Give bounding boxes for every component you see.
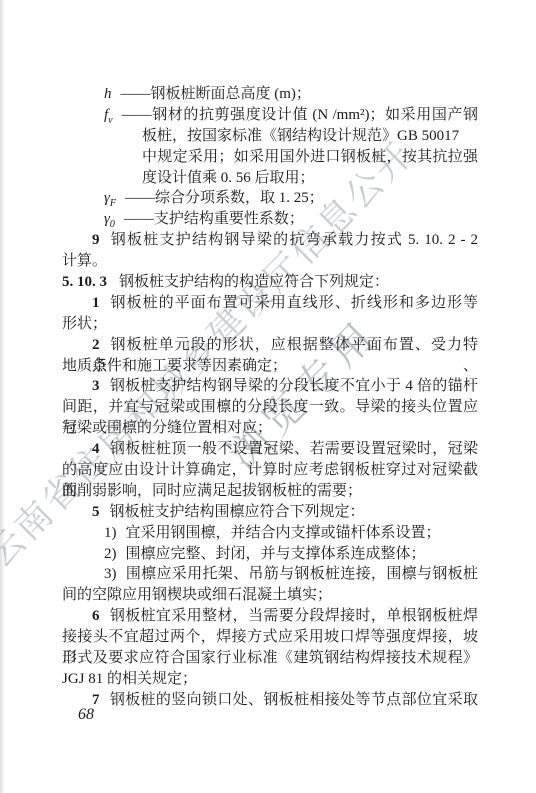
symbol-gamma-f: γF	[104, 190, 125, 206]
symbol-def-fv-cont-1: 板桩，按国家标准《钢结构设计规范》GB 50017	[62, 126, 478, 147]
subitem-2-number: 2)	[104, 546, 126, 562]
symbol-def-gamma-f-text: ——综合分项系数，取 1. 25；	[125, 190, 324, 206]
symbol-def-fv-text: ——钢材的抗剪强度设计值 (N /mm²)；如采用国产钢	[122, 107, 478, 123]
subitem-1-number: 1)	[104, 525, 126, 541]
item-4-text: 钢板桩桩顶一般不设置冠梁、若需要设置冠梁时，冠梁	[110, 441, 479, 457]
symbol-def-gamma-0: γ0——支护结构重要性系数；	[62, 209, 478, 230]
document-page: 云南省住房和城乡建设厅信息公开 浏览专用 h——钢板桩断面总高度 (m)； fv…	[0, 0, 536, 793]
item-6-line-2: 接接头不宜超过两个，焊接方式应采用坡口焊等强度焊接，坡口	[62, 627, 478, 648]
item-9-line-2: 计算。	[62, 251, 478, 272]
symbol-gamma-0: γ0	[104, 211, 124, 227]
symbol-h: h	[104, 86, 121, 102]
item-6-line-4: JGJ 81 的相关规定；	[62, 669, 478, 690]
item-4-line-2: 的高度应由设计计算确定，计算时应考虑钢板桩穿过对冠梁截面	[62, 460, 478, 481]
subitem-1-line-1: 1)宜采用钢围檩，并结合内支撑或锚杆体系设置；	[62, 523, 478, 544]
item-4-line-3: 的削弱影响，同时应满足起拔钢板桩的需要；	[62, 481, 478, 502]
item-3-line-1: 3钢板桩支护结构钢导梁的分段长度不宜小于 4 倍的锚杆	[62, 376, 478, 397]
item-5-text: 钢板桩支护结构围檩应符合下列规定：	[110, 504, 365, 520]
item-1-line-1: 1钢板桩的平面布置可采用直线形、折线形和多边形等	[62, 293, 478, 314]
clause-title: 钢板桩支护结构的构造应符合下列规定：	[119, 274, 389, 290]
symbol-fv: fv	[104, 107, 122, 123]
symbol-def-fv: fv——钢材的抗剪强度设计值 (N /mm²)；如采用国产钢	[62, 105, 478, 126]
item-2-line-1: 2钢板桩单元段的形状，应根据整体平面布置、受力特点、	[62, 335, 478, 356]
subitem-3-text: 围檩应采用托架、吊筋与钢板桩连接，围檩与钢板桩	[126, 566, 479, 582]
item-5-line-1: 5钢板桩支护结构围檩应符合下列规定：	[62, 502, 478, 523]
item-7-number: 7	[92, 692, 110, 708]
symbol-def-h: h——钢板桩断面总高度 (m)；	[62, 84, 478, 105]
item-5-number: 5	[92, 504, 110, 520]
clause-5-10-3-heading: 5. 10. 3钢板桩支护结构的构造应符合下列规定：	[62, 272, 478, 293]
item-1-text: 钢板桩的平面布置可采用直线形、折线形和多边形等	[110, 295, 479, 311]
page-body-text: h——钢板桩断面总高度 (m)； fv——钢材的抗剪强度设计值 (N /mm²)…	[62, 84, 478, 711]
item-7-line-1: 7钢板桩的竖向锁口处、钢板桩相接处等节点部位宜采取	[62, 690, 478, 711]
subitem-1-text: 宜采用钢围檩，并结合内支撑或锚杆体系设置；	[126, 525, 441, 541]
item-1-number: 1	[92, 295, 110, 311]
clause-number: 5. 10. 3	[62, 274, 119, 290]
item-9-text: 钢板桩支护结构钢导梁的抗弯承载力按式 5. 10. 2 - 2	[110, 232, 479, 248]
item-3-number: 3	[92, 378, 110, 394]
item-3-line-3: 冠梁或围檩的分缝位置相对应；	[62, 418, 478, 439]
item-4-number: 4	[92, 441, 110, 457]
item-3-line-2: 间距，并宜与冠梁或围檩的分段长度一致。导梁的接头位置应与	[62, 397, 478, 418]
page-number: 68	[78, 706, 94, 724]
item-6-number: 6	[92, 608, 110, 624]
scan-edge-shadow	[0, 0, 5, 793]
item-6-line-3: 形式及要求应符合国家行业标准《建筑钢结构焊接技术规程》	[62, 648, 478, 669]
symbol-def-fv-cont-3: 度设计值乘 0. 56 后取用；	[62, 168, 478, 189]
subitem-3-number: 3)	[104, 566, 126, 582]
item-9-line-1: 9钢板桩支护结构钢导梁的抗弯承载力按式 5. 10. 2 - 2	[62, 230, 478, 251]
subitem-3-line-1: 3)围檩应采用托架、吊筋与钢板桩连接，围檩与钢板桩	[62, 564, 478, 585]
symbol-def-gamma-f: γF——综合分项系数，取 1. 25；	[62, 188, 478, 209]
subitem-2-text: 围檩应完整、封闭，并与支撑体系连成整体；	[126, 546, 426, 562]
item-4-line-1: 4钢板桩桩顶一般不设置冠梁、若需要设置冠梁时，冠梁	[62, 439, 478, 460]
item-1-line-2: 形状；	[62, 314, 478, 335]
item-6-text: 钢板桩宜采用整材，当需要分段焊接时，单根钢板桩焊	[110, 608, 479, 624]
item-7-text: 钢板桩的竖向锁口处、钢板桩相接处等节点部位宜采取	[110, 692, 479, 708]
symbol-def-gamma-0-text: ——支护结构重要性系数；	[124, 211, 304, 227]
subitem-3-line-2: 间的空隙应用钢楔块或细石混凝土填实；	[62, 585, 478, 606]
symbol-def-h-text: ——钢板桩断面总高度 (m)；	[121, 86, 311, 102]
item-3-text: 钢板桩支护结构钢导梁的分段长度不宜小于 4 倍的锚杆	[110, 378, 479, 394]
symbol-def-fv-cont-2: 中规定采用；如采用国外进口钢板桩，按其抗拉强	[62, 147, 478, 168]
subitem-2-line-1: 2)围檩应完整、封闭，并与支撑体系连成整体；	[62, 544, 478, 565]
item-2-number: 2	[92, 337, 110, 353]
item-9-number: 9	[92, 232, 110, 248]
item-6-line-1: 6钢板桩宜采用整材，当需要分段焊接时，单根钢板桩焊	[62, 606, 478, 627]
